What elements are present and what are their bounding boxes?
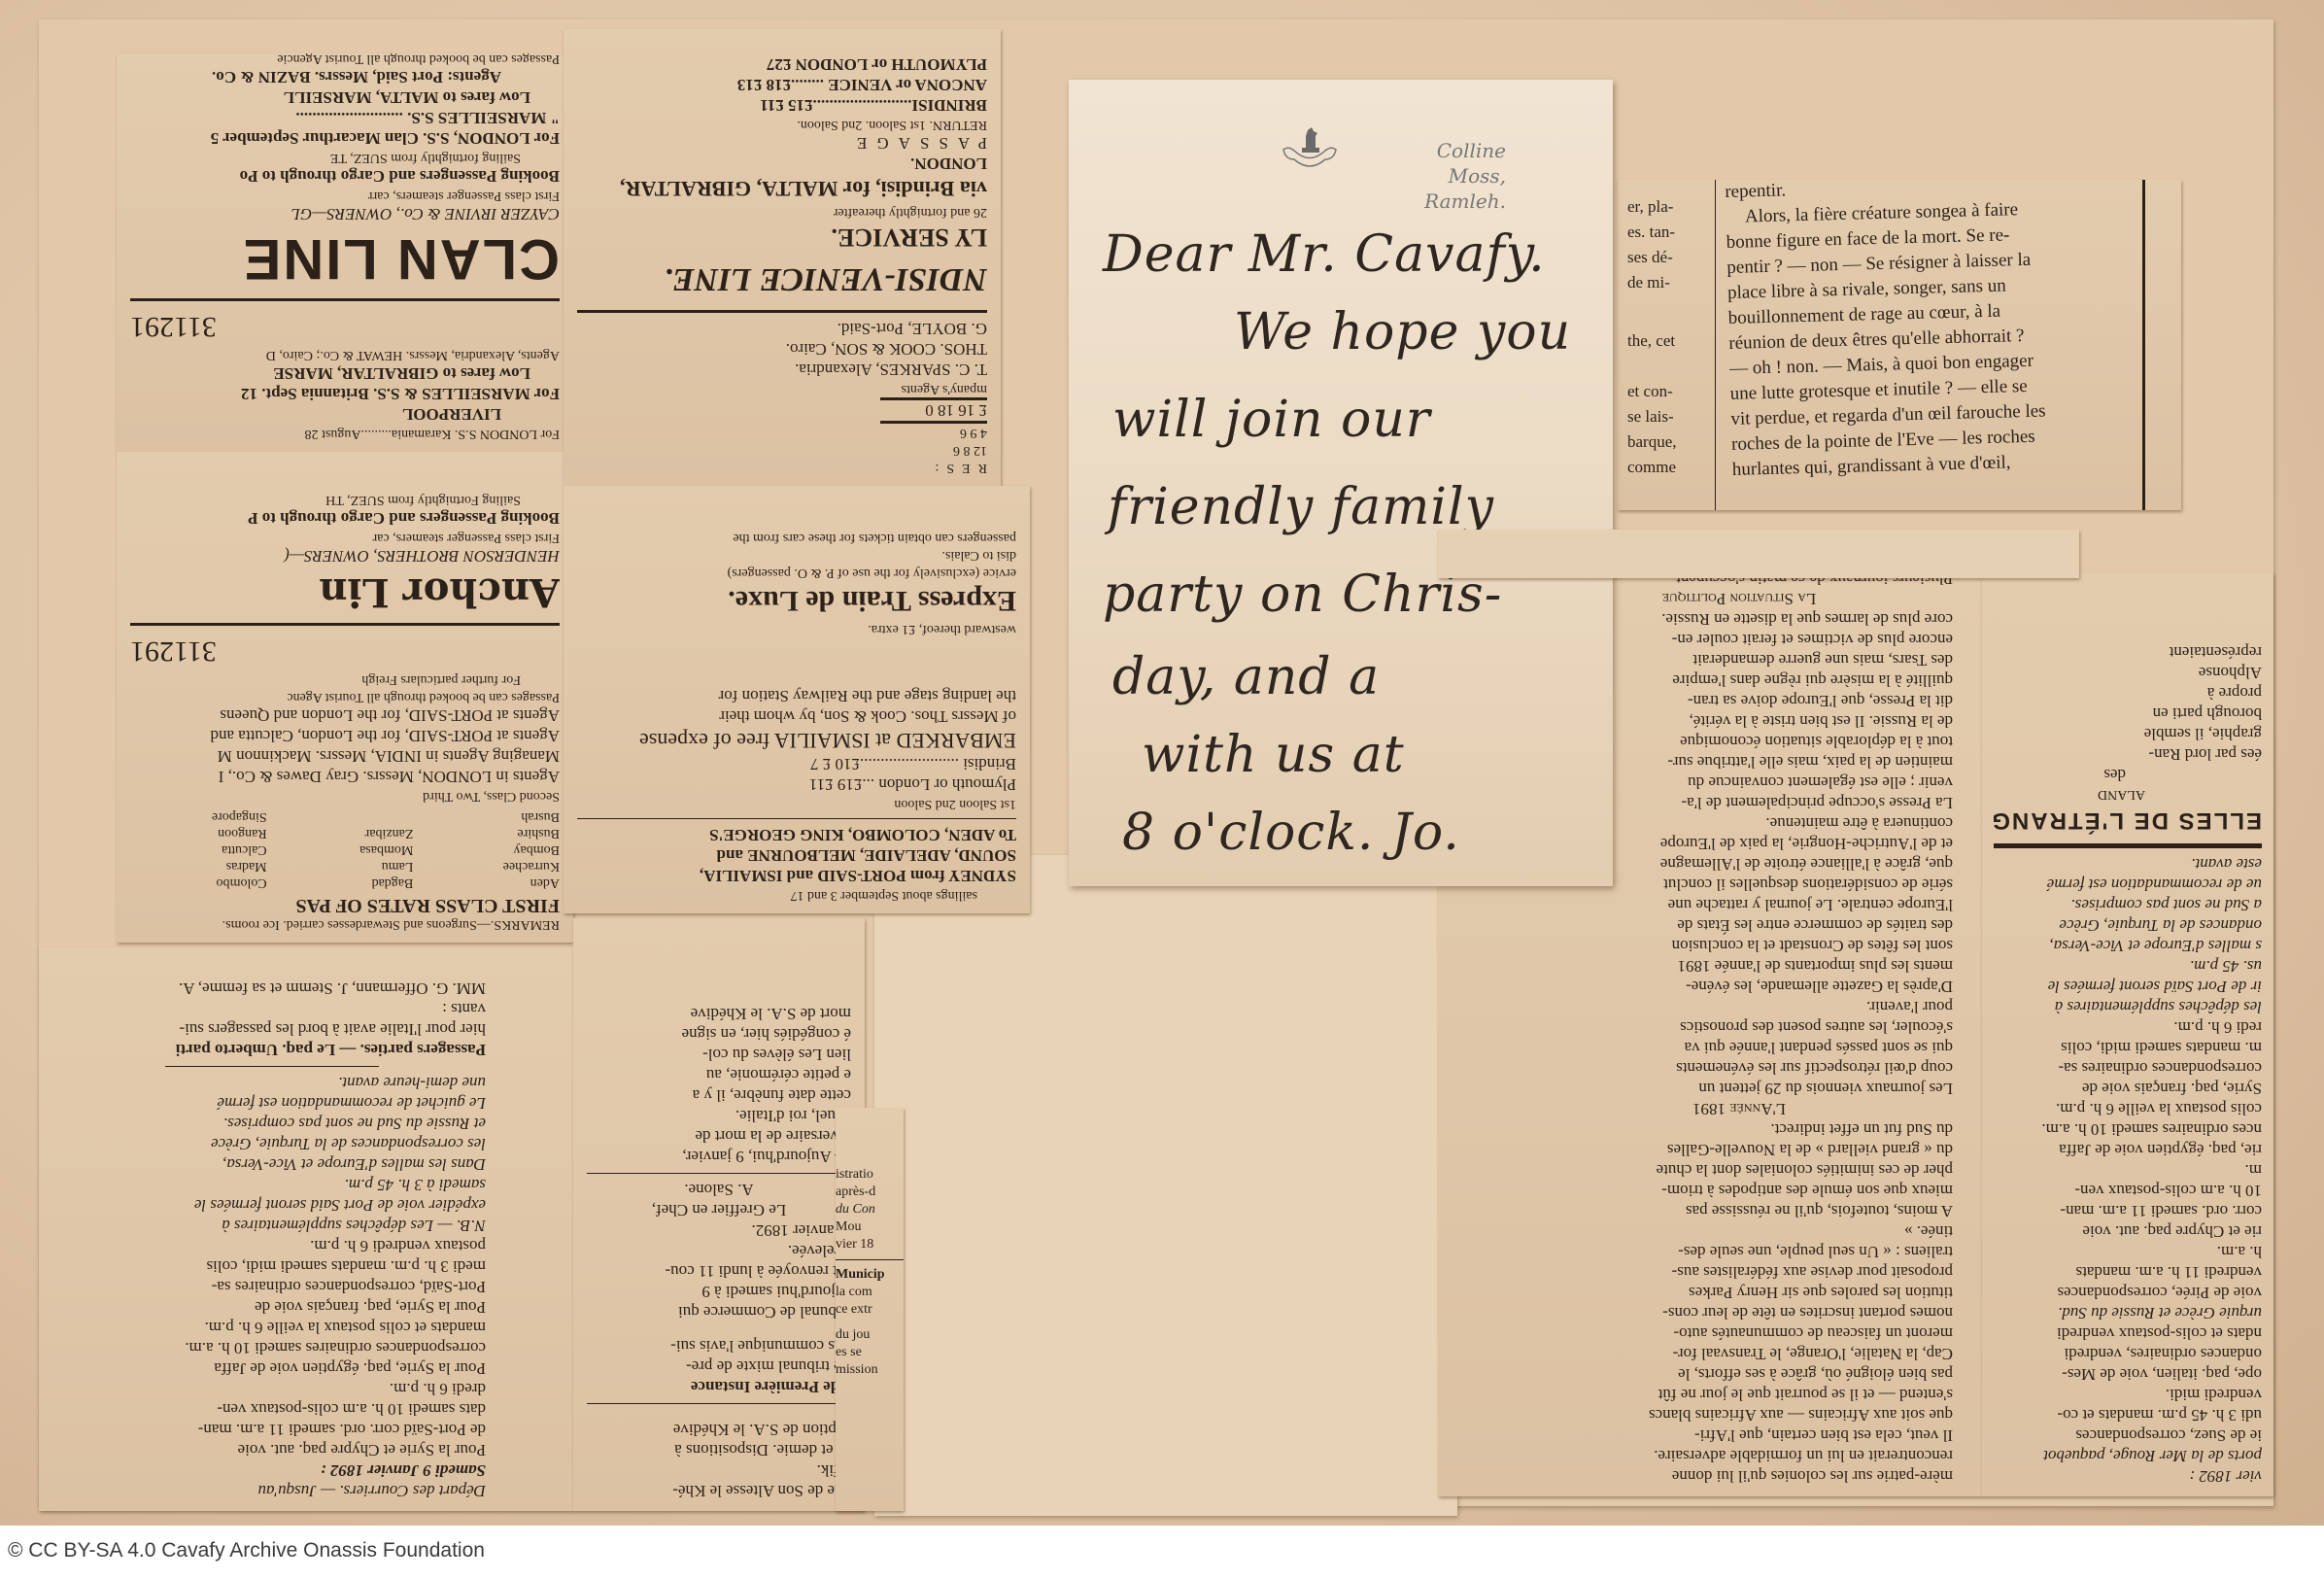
divider	[130, 298, 560, 301]
text-line: pher de ces inimitiés coloniales dont la…	[1525, 1160, 1953, 1181]
rate-port: Singapore	[130, 808, 267, 825]
text-line: medi 3 h. p.m. mandats samedi midi, coli…	[52, 1256, 486, 1277]
text-line: rencontrerait en lui un formidable adver…	[1525, 1446, 1953, 1466]
text-line: graphie, il semble	[1994, 724, 2262, 744]
text-line: Agents in LONDON, Messrs. Gray Dawes & C…	[130, 767, 560, 787]
text-line: D'après la Gazette allemande, les événe-	[1525, 977, 1953, 997]
text-line: PASSAGE	[577, 133, 987, 154]
text-line: ANCONA or VENICE ........£18 £13	[577, 75, 987, 95]
text-line: Sailing Fortnightly from SUEZ, TH	[130, 491, 560, 508]
text-line: aujourd'hui samedi à 9	[587, 1282, 851, 1302]
text-line: vier 1892 :	[1994, 1466, 2262, 1487]
text-line: la com	[836, 1284, 904, 1301]
rate-port: Kurrachee	[423, 858, 560, 875]
text-line: du jou	[836, 1326, 904, 1344]
handwriting-line: friendly family	[1108, 478, 1494, 536]
text-line: ondances de la Turquie, Grèce	[1994, 915, 2262, 936]
backing-sheet-middle	[874, 855, 1457, 1516]
text-line: A moins, toutefois, qu'il ne réussisse p…	[1525, 1201, 1953, 1221]
text-line: wfik.	[587, 1460, 851, 1481]
text-line: l'Europe centrale. Le journal y rattache…	[1525, 895, 1953, 915]
text-line: que soit aux Africains — aux Africains b…	[1525, 1405, 1953, 1425]
text-line: Passagers parties. — Le paq. Umberto par…	[52, 1040, 486, 1060]
text-line: voie de Pirée, correspondances	[1994, 1283, 2262, 1303]
text-line: Port-Saïd, correspondances ordinaires sa…	[52, 1277, 486, 1297]
text-line: Agents, Alexandria, Messrs. HEWAT & Co.;…	[130, 346, 560, 363]
text-line: G. BOYLE, Port-Said.	[577, 319, 987, 339]
text-line: MM. G. Offermann, J. Stemm et sa femme, …	[52, 978, 486, 999]
text-line: s'entend — et il se pourrait que le jour…	[1525, 1385, 1953, 1405]
text-line: SOUND, ADELAIDE, MELBOURNE and	[577, 845, 1016, 866]
text-line: dats samedi 10 h. a.m colis-postaux ven-	[52, 1399, 486, 1420]
text-line: expédier voie de Port Said seront fermée…	[52, 1195, 486, 1216]
text-line: h. a.m.	[1994, 1242, 2262, 1262]
text-line: Syrie, paq. français voie de	[1994, 1079, 2262, 1099]
rate-port: Zanzibar	[277, 825, 414, 841]
handwriting-line: Dear Mr. Cavafy.	[1103, 225, 1546, 284]
text-line: Brindisi ........................£10 £ 7	[577, 754, 1016, 774]
text-line: Le tribunal mixte de pre-	[587, 1356, 851, 1377]
text-line: lien Les élèves du col-	[587, 1045, 851, 1065]
clipping-anchor-line: REMARKS.—Surgeons and Stewardesses carri…	[117, 452, 573, 943]
text-line: Pour la Syrie, paq. français voie de	[52, 1297, 486, 1318]
text-line: comme	[1627, 455, 1705, 480]
divider	[836, 1259, 904, 1260]
divider	[587, 1403, 851, 1404]
rate-port: Madras	[130, 858, 267, 875]
divider	[130, 623, 560, 626]
clipping-premiere-instance: nne de Son Altesse le Khé- wfik. es et d…	[573, 918, 865, 1511]
text-line: cette date funèbre, il y a	[587, 1085, 851, 1106]
clipping-nouvelles-etranger: vier 1892 : ports de la Mer Rouge, paque…	[1982, 573, 2273, 1496]
text-line: Mou	[836, 1219, 904, 1236]
text-line: de Port-Saïd corr. ord. samedi 11 a.m. m…	[52, 1420, 486, 1440]
handwriting-line: We hope you	[1234, 303, 1571, 361]
rates-table: Aden Bagdad Colombo Kurrachee Lamu Madra…	[130, 808, 560, 891]
text-line: udi 3 h. 45 p.m. mandats et co-	[1994, 1405, 2262, 1425]
rate-port: Bagdad	[277, 875, 414, 891]
section-heading: L'Année 1891	[1525, 1099, 1953, 1119]
text-line: pour l'avenir.	[1525, 997, 1953, 1017]
text-line: anuel, roi d'Italie.	[587, 1106, 851, 1126]
text-line: For further particulars Freigh	[130, 670, 560, 688]
clipping-clan-line: For LONDON S.S. Karamania.........August…	[117, 53, 573, 452]
text-line: rie et Chypre paq. aut. voie	[1994, 1221, 2262, 1242]
clipping-depart-des-courriers: Départ des Courriers. — Jusqu'au Samedi …	[39, 947, 573, 1511]
letterhead-address-line: Colline Moss,	[1380, 138, 1506, 189]
ad-heading: Anchor Lin	[130, 566, 560, 617]
text-line: ce extr	[836, 1301, 904, 1319]
text-line: du « grand viellard » de la Nouvelle-Gal…	[1525, 1140, 1953, 1160]
text-line: Municip	[836, 1266, 904, 1284]
column-rule	[2142, 180, 2145, 510]
ad-number: 311291	[130, 307, 560, 346]
text-line: ervice (exclusively for the use of P. & …	[577, 564, 1016, 581]
rate-port: Rangoon	[130, 825, 267, 841]
clipping-municipalite-fragment: istratio après-d du Con Mou vier 18 Muni…	[836, 1108, 904, 1511]
text-line: vendredi 11 h. a.m. mandats	[1994, 1262, 2262, 1283]
family-crest-icon	[1281, 126, 1339, 175]
text-line: For MARSEILLES & S.S. Britannia Sept. 12	[130, 384, 560, 404]
handwriting-line: day, and a	[1112, 648, 1380, 706]
text-line: Agents: Port Said, Messrs. BAZIN & Co.	[130, 67, 560, 87]
text-line: mandats et colis postaux la veille 6 h. …	[52, 1318, 486, 1338]
text-line: urquie Grèce et Russie du Sud.	[1994, 1303, 2262, 1323]
text-line: proposait pour devise aux fédéralistes a…	[1525, 1262, 1953, 1283]
text-line: the landing stage and the Railway Statio…	[577, 686, 1016, 706]
text-line: après-d	[836, 1184, 904, 1201]
text-line: des	[1994, 765, 2262, 785]
text-line: s malles d'Europe et Vice-Versa,	[1994, 936, 2262, 956]
text-line: EMBARKED at ISMAILIA free of expense	[577, 727, 1016, 754]
divider	[1994, 843, 2262, 848]
rate-port: Mombasa	[277, 841, 414, 858]
text-line: représentaient	[1994, 642, 2262, 663]
text-line: meront un faisceau de communautés auto-	[1525, 1323, 1953, 1344]
text-line: de mi-	[1627, 270, 1705, 295]
text-line: s'écouler, les autres posent des pronost…	[1525, 1017, 1953, 1038]
text-line: ie de Suez, correspondances	[1994, 1425, 2262, 1446]
text-line: hier pour l'Italie avait à bord les pass…	[52, 1019, 486, 1040]
text-line: Plymouth or London ...£19 £11	[577, 774, 1016, 795]
text-line: us. 45 p.m.	[1994, 956, 2262, 977]
text-line: nces ordinaires samedi 10 h. a.m.	[1994, 1119, 2262, 1140]
text-line: colis postaux la veille 6 h. p.m.	[1994, 1099, 2262, 1119]
text-line: mission	[836, 1361, 904, 1379]
text-line: titution les paroles que sir Henry Parke…	[1525, 1283, 1953, 1303]
handwriting-line: 8 o'clock. Jo.	[1122, 804, 1460, 862]
section-heading: ELLES DE L'ÉTRANGER	[1994, 803, 2262, 838]
text-line: £ 16 18 0	[880, 397, 987, 424]
text-line: Les journaux viennois du 29 jettent un	[1525, 1079, 1953, 1099]
text-line: disi to Calais.	[577, 546, 1016, 564]
text-line: Pour la Syrie et Chypre paq. aut. voie	[52, 1440, 486, 1460]
text-line: A. Salone.	[587, 1180, 851, 1200]
text-line: est renvoyée à lundi 11 cou-	[587, 1261, 851, 1282]
text-line: For LONDON, S.S. Clan Macarthur Septembe…	[130, 128, 560, 149]
text-line: " MARSEILLES S.S. ......................…	[130, 108, 560, 128]
text-line: Passages can be booked through all Touri…	[130, 53, 560, 67]
rate-port: Colombo	[130, 875, 267, 891]
text-line: ope, paq. italien, voie de Mes-	[1994, 1364, 2262, 1385]
text-line: RES:	[577, 459, 987, 476]
rate-port: Busrah	[423, 808, 560, 825]
divider	[577, 818, 1016, 819]
blank-overlapping-sheet	[1438, 530, 2079, 578]
text-line: 1st Saloon 2nd Saloon	[577, 795, 1016, 812]
text-line: Agents at PORT-SAID, for the London and …	[130, 705, 560, 726]
text-line: 26 and fortnightly thereafter	[577, 203, 987, 221]
text-line: LONDON.	[577, 154, 987, 174]
text-line: é congédiés hier, en signe	[587, 1024, 851, 1045]
text-line: er, pla-	[1627, 194, 1705, 220]
text-line: les dépêches supplémentaires à	[1994, 997, 2262, 1017]
section-heading: Express Train de Luxe.	[577, 581, 1016, 620]
text-line: Low fares to GIBRALTAR, MARSE	[130, 363, 560, 384]
text-line: correspondances ordinaires samedi 10 h. …	[52, 1338, 486, 1358]
text-line: et con-	[1627, 379, 1705, 404]
clipping-train-de-luxe: sailings about September 3 and 17 SYDNEY…	[564, 486, 1030, 913]
text-line: samedi à 3 h. 45 p.m.	[52, 1175, 486, 1195]
text-line: Booking Passengers and Cargo through to …	[130, 166, 560, 187]
text-line: LY SERVICE.	[577, 221, 987, 254]
text-line: First class Passenger steamers, car	[130, 529, 560, 546]
rate-port: Bombay	[423, 841, 560, 858]
text-line: HENDERSON BROTHERS, OWNERS—(	[130, 546, 560, 566]
text-line: Low fares to MALTA, MARSEILL	[130, 87, 560, 108]
text-line: rie, paq. égyptien voie de Jaffa	[1994, 1140, 2262, 1160]
text-line: Alphonse	[1994, 663, 2262, 683]
copyright-caption: © CC BY-SA 4.0 Cavafy Archive Onassis Fo…	[8, 1539, 485, 1562]
text-line: Booking Passengers and Cargo through to …	[130, 508, 560, 529]
text-line: borough parti en	[1994, 704, 2262, 724]
text-line: RETURN. 1st Saloon. 2nd Saloon.	[577, 116, 987, 133]
text-line: se lais-	[1627, 404, 1705, 429]
handwritten-letter: Colline Moss, Ramleh. Dear Mr. Cavafy. W…	[1069, 80, 1613, 886]
text-line: ous communique l'avis sui-	[587, 1336, 851, 1356]
text-line: 12 8 6	[577, 441, 987, 459]
clipping-brindisi-venice-line: RES: 12 8 6 4 9 6 £ 16 18 0 mpany's Agen…	[564, 29, 1001, 486]
text-line: 10 h. a.m colis-postaux ven-	[1994, 1181, 2262, 1201]
text-line: Départ des Courriers. — Jusqu'au	[52, 1481, 486, 1501]
archive-board: For LONDON S.S. Karamania.........August…	[0, 0, 2324, 1526]
rate-port: Lamu	[277, 858, 414, 875]
text-line: ception de S.A. le Khédive	[587, 1420, 851, 1440]
text-line: the, cet	[1627, 328, 1705, 354]
text-line: Le Greffier en Chef,	[587, 1200, 851, 1220]
handwriting-line: will join our	[1112, 391, 1431, 449]
text-line: ondances ordinaires, vendredi	[1994, 1344, 2262, 1364]
text-line: BRINDISI........................£15 £11	[577, 95, 987, 116]
text-line: postaux vendredi 6 h. p.m.	[52, 1236, 486, 1256]
text-line: CAYZER IRVINE & Co., OWNERS—GL	[130, 204, 560, 224]
text-line: es et demie. Dispositions à	[587, 1440, 851, 1460]
text-line: ses dé-	[1627, 245, 1705, 270]
text-line: Sailing fortnightly from SUEZ, TE	[130, 149, 560, 166]
text-line: tribunal de Commerce qui	[587, 1302, 851, 1322]
text-line: N.B. — Les dépêches supplémentaires à	[52, 1216, 486, 1236]
text-line: une demi-heure avant.	[52, 1073, 486, 1093]
divider	[577, 310, 987, 313]
text-line: Cap, la Natalie, l'Orange, le Transvaal …	[1525, 1344, 1953, 1364]
text-line: corr. ord. samedi 11 a.m. man-	[1994, 1201, 2262, 1221]
text-line: — Aujourd'hui, 9 janvier,	[587, 1147, 851, 1167]
text-line: Managing Agents in INDIA, Messrs. Mackin…	[130, 746, 560, 767]
text-line: mort de S.A. le Khédive	[587, 1004, 851, 1024]
text-line: 4 9 6	[577, 424, 987, 441]
text-line: mère-patrie sur les colonies qu'il lui d…	[1525, 1466, 1953, 1487]
text-line: istratio	[836, 1166, 904, 1184]
rate-port: Bushire	[423, 825, 560, 841]
text-line: ments les plus importants de l'année 189…	[1525, 956, 1953, 977]
divider	[587, 1173, 851, 1174]
text-line: For LONDON S.S. Karamania.........August…	[130, 425, 560, 442]
text-line: des traités de commerce entre les États …	[1525, 915, 1953, 936]
text-line: Samedi 9 Janvier 1892 :	[52, 1460, 486, 1481]
feuilleton-left-column: er, pla- es. tan- ses dé- de mi- the, ce…	[1627, 194, 1705, 480]
text-line: westward thereof, £1 extra.	[577, 620, 1016, 637]
text-line: nomes portant inscrites en tête de leur …	[1525, 1303, 1953, 1323]
text-line: qui se sont passés pendant l'année qui v…	[1525, 1038, 1953, 1058]
text-line: du Con	[836, 1201, 904, 1219]
ad-number: 311291	[130, 632, 560, 670]
text-line: dredi 6 h. p.m.	[52, 1379, 486, 1399]
rate-port: Calcutta	[130, 841, 267, 858]
text-line: of Messrs Thos. Cook & Son, by whom thei…	[577, 706, 1016, 727]
ad-heading: NDISI-VENICE LINE.	[577, 254, 987, 304]
feuilleton-main-column: repentir. Alors, la fière créature songe…	[1725, 180, 2140, 483]
handwriting-line: with us at	[1142, 726, 1405, 784]
text-line: SYDNEY from PORT-SAID and ISMAILIA,	[577, 866, 1016, 886]
text-line: pas bien éloigné où, grâce à ses efforts…	[1525, 1364, 1953, 1385]
letterhead-address-line: Ramleh.	[1380, 189, 1506, 214]
rate-port: Aden	[423, 875, 560, 891]
text-line: vendredi midi.	[1994, 1385, 2262, 1405]
text-line: PLYMOUTH or LONDON £27	[577, 54, 987, 75]
text-line: sailings about September 3 and 17	[577, 886, 1016, 904]
text-line: du Sud fut un effet indirect.	[1525, 1119, 1953, 1140]
text-line: m.	[1994, 1160, 2262, 1181]
text-line: nne de Son Altesse le Khé-	[587, 1481, 851, 1501]
text-line: LIVERPOOL	[130, 404, 560, 425]
text-line: ue de recommandation est fermé	[1994, 875, 2262, 895]
text-line: traliens : « Un seul peuple, une seule d…	[1525, 1242, 1953, 1262]
text-line: 9 janvier 1892.	[587, 1220, 851, 1241]
text-line: sont les fêtes de Cronstadt et la conclu…	[1525, 936, 1953, 956]
text-line: ir de Port Saïd seront fermées le	[1994, 977, 2262, 997]
text-line: este avant.	[1994, 854, 2262, 875]
text-line: es se	[836, 1344, 904, 1361]
text-line: mieux que son émule des antipodes à trio…	[1525, 1181, 1953, 1201]
text-line: e relevée.	[587, 1241, 851, 1261]
text-line: Agents at PORT-SAID, for the London, Cal…	[130, 726, 560, 746]
divider	[165, 1066, 379, 1067]
text-line: es. tan-	[1627, 220, 1705, 245]
ad-heading: CLAN LINE	[130, 224, 560, 292]
text-line: propre à	[1994, 683, 2262, 704]
text-line: via Brindisi, for MALTA, GIBRALTAR,	[577, 174, 987, 203]
section-heading: e de Première Instance	[587, 1377, 851, 1397]
text-line: Second Class, Two Third	[130, 787, 560, 805]
text-line: To ADEN, COLOMBO, KING GEORGE'S	[577, 825, 1016, 845]
text-line: Il veut, cela est bien certain, que l'Af…	[1525, 1425, 1953, 1446]
text-line: passengers can obtain tickets for these …	[577, 529, 1016, 546]
text-line: Le guichet de recommandation est fermé	[52, 1093, 486, 1114]
text-line: mpany's Agents	[577, 380, 987, 397]
letterhead: Colline Moss, Ramleh.	[1380, 138, 1506, 214]
text-line: e petite cérémonie, au	[587, 1065, 851, 1085]
rates-heading: FIRST CLASS RATES OF PAS	[130, 895, 560, 915]
text-line: REMARKS.—Surgeons and Stewardesses carri…	[130, 915, 560, 933]
text-line: T. C. SPARKES, Alexandria.	[577, 360, 987, 380]
text-line: THOS. COOK & SON, Cairo.	[577, 339, 987, 360]
text-line: m. mandats samedi midi, colis	[1994, 1038, 2262, 1058]
text-line: vants :	[52, 999, 486, 1019]
clipping-feuilleton: er, pla- es. tan- ses dé- de mi- the, ce…	[1618, 180, 2181, 510]
text-line: a Sud ne sont pas comprises.	[1994, 895, 2262, 915]
text-line: Passages can be booked through all Touri…	[130, 688, 560, 705]
text-line: tinée. »	[1525, 1221, 1953, 1242]
column-rule	[1715, 180, 1716, 510]
text-line: coup d'œil rétrospectif sur les événemen…	[1525, 1058, 1953, 1079]
text-line: correspondances ordinaires sa-	[1994, 1058, 2262, 1079]
text-line: ALAND	[1994, 785, 2262, 803]
text-line: Pour la Syrie, paq. égyptien voie de Jaf…	[52, 1358, 486, 1379]
text-line: ports de la Mer Rouge, paquebot	[1994, 1446, 2262, 1466]
text-line: First class Passenger steamers, carr	[130, 187, 560, 204]
text-line: les correspondances de la Turquie, Grèce	[52, 1134, 486, 1154]
text-line: ées par lord Ran-	[1994, 744, 2262, 765]
text-line: niversaire de la mort de	[587, 1126, 851, 1147]
text-line: ndats et colis-postaux vendredi	[1994, 1323, 2262, 1344]
text-line: barque,	[1627, 429, 1705, 455]
text-line: Dans les malles d'Europe et Vice-Versa,	[52, 1154, 486, 1175]
text-line: vier 18	[836, 1236, 904, 1253]
text-line: redi 6 h. p.m.	[1994, 1017, 2262, 1038]
text-line: et Russie du Sud ne sont pas comprises.	[52, 1114, 486, 1134]
